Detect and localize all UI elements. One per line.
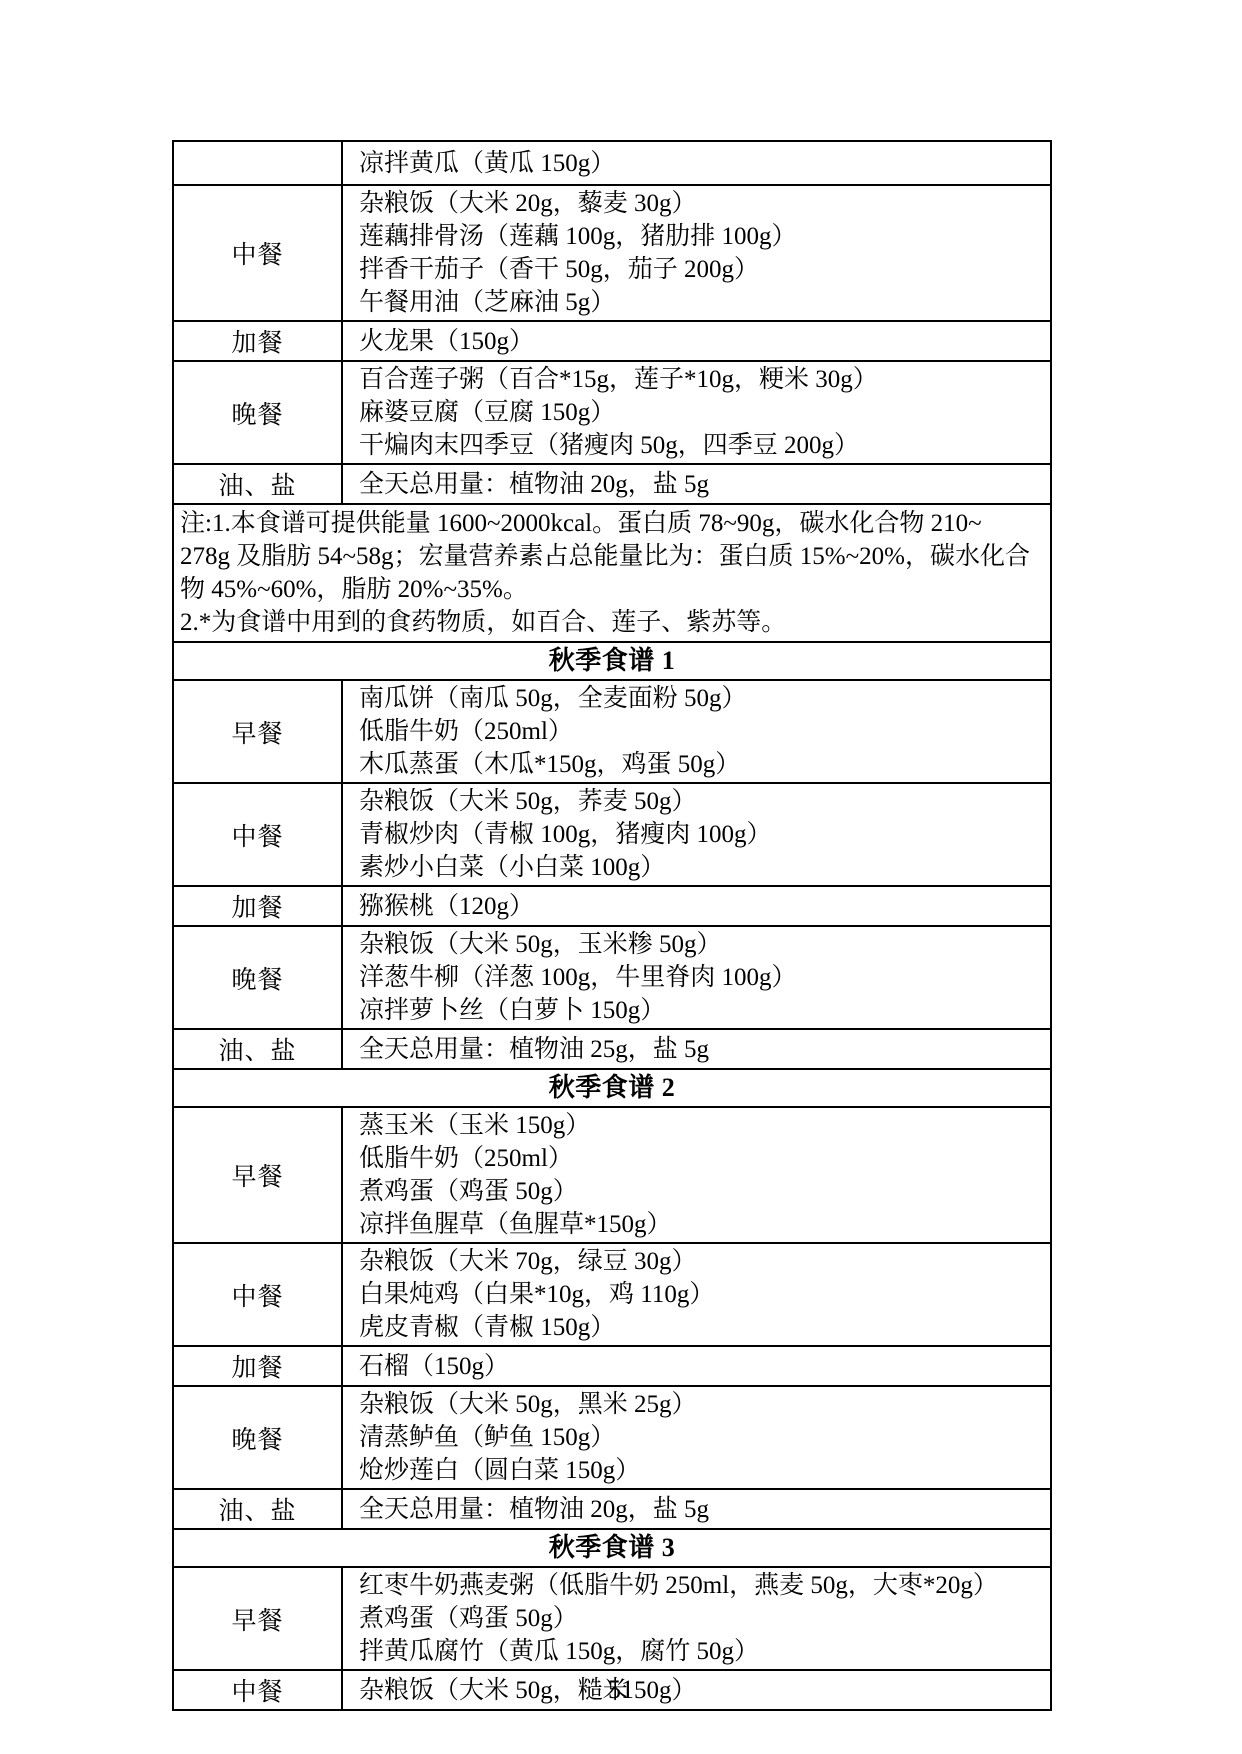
season-recipe-header: 秋季食谱 2 <box>173 1069 1051 1107</box>
dish-line: 杂粮饭（大米 70g，绿豆 30g） <box>359 1245 1046 1278</box>
meal-plan-table: 凉拌黄瓜（黄瓜 150g）中餐杂粮饭（大米 20g，藜麦 30g）莲藕排骨汤（莲… <box>172 140 1052 1711</box>
dish-line: 低脂牛奶（250ml） <box>359 715 1046 748</box>
dish-line: 木瓜蒸蛋（木瓜*150g，鸡蛋 50g） <box>359 748 1046 781</box>
dish-line: 炝炒莲白（圆白菜 150g） <box>359 1454 1046 1487</box>
meal-row: 早餐红枣牛奶燕麦粥（低脂牛奶 250ml，燕麦 50g，大枣*20g）煮鸡蛋（鸡… <box>173 1567 1051 1670</box>
meal-label-cell: 早餐 <box>173 1107 342 1243</box>
dish-line: 火龙果（150g） <box>359 325 1046 358</box>
meal-content-cell: 蒸玉米（玉米 150g）低脂牛奶（250ml）煮鸡蛋（鸡蛋 50g）凉拌鱼腥草（… <box>342 1107 1051 1243</box>
dish-line: 全天总用量：植物油 25g，盐 5g <box>359 1033 1046 1066</box>
dish-line: 白果炖鸡（白果*10g，鸡 110g） <box>359 1278 1046 1311</box>
meal-label-cell: 油、盐 <box>173 1029 342 1069</box>
dish-line: 猕猴桃（120g） <box>359 890 1046 923</box>
note-line: 物 45%~60%，脂肪 20%~35%。 <box>180 573 1046 606</box>
note-line: 278g 及脂肪 54~58g；宏量营养素占总能量比为：蛋白质 15%~20%，… <box>180 540 1046 573</box>
meal-plan-table-body: 凉拌黄瓜（黄瓜 150g）中餐杂粮饭（大米 20g，藜麦 30g）莲藕排骨汤（莲… <box>173 141 1051 1710</box>
dish-line: 青椒炒肉（青椒 100g，猪瘦肉 100g） <box>359 818 1046 851</box>
meal-row: 晚餐杂粮饭（大米 50g，玉米糁 50g）洋葱牛柳（洋葱 100g，牛里脊肉 1… <box>173 926 1051 1029</box>
meal-label-cell: 油、盐 <box>173 464 342 504</box>
dish-line: 煮鸡蛋（鸡蛋 50g） <box>359 1175 1046 1208</box>
note-row: 注:1.本食谱可提供能量 1600~2000kcal。蛋白质 78~90g，碳水… <box>173 504 1051 642</box>
section-header-row: 秋季食谱 2 <box>173 1069 1051 1107</box>
meal-row: 早餐蒸玉米（玉米 150g）低脂牛奶（250ml）煮鸡蛋（鸡蛋 50g）凉拌鱼腥… <box>173 1107 1051 1243</box>
dish-line: 百合莲子粥（百合*15g，莲子*10g，粳米 30g） <box>359 363 1046 396</box>
page-footer: 51 <box>0 1675 1242 1705</box>
dish-line: 素炒小白菜（小白菜 100g） <box>359 851 1046 884</box>
meal-row: 加餐猕猴桃（120g） <box>173 886 1051 926</box>
dish-line: 煮鸡蛋（鸡蛋 50g） <box>359 1602 1046 1635</box>
dish-line: 午餐用油（芝麻油 5g） <box>359 286 1046 319</box>
meal-content-cell: 石榴（150g） <box>342 1346 1051 1386</box>
dish-line: 麻婆豆腐（豆腐 150g） <box>359 396 1046 429</box>
meal-content-cell: 全天总用量：植物油 25g，盐 5g <box>342 1029 1051 1069</box>
meal-row: 加餐火龙果（150g） <box>173 321 1051 361</box>
meal-row: 凉拌黄瓜（黄瓜 150g） <box>173 141 1051 185</box>
note-line: 2.*为食谱中用到的食药物质，如百合、莲子、紫苏等。 <box>180 606 1046 639</box>
meal-content-cell: 杂粮饭（大米 70g，绿豆 30g）白果炖鸡（白果*10g，鸡 110g）虎皮青… <box>342 1243 1051 1346</box>
section-header-row: 秋季食谱 3 <box>173 1529 1051 1567</box>
dish-line: 全天总用量：植物油 20g，盐 5g <box>359 468 1046 501</box>
meal-label-cell: 中餐 <box>173 783 342 886</box>
meal-content-cell: 百合莲子粥（百合*15g，莲子*10g，粳米 30g）麻婆豆腐（豆腐 150g）… <box>342 361 1051 464</box>
meal-content-cell: 凉拌黄瓜（黄瓜 150g） <box>342 141 1051 185</box>
meal-content-cell: 杂粮饭（大米 50g，玉米糁 50g）洋葱牛柳（洋葱 100g，牛里脊肉 100… <box>342 926 1051 1029</box>
meal-label-cell: 加餐 <box>173 321 342 361</box>
dish-line: 杂粮饭（大米 50g，黑米 25g） <box>359 1388 1046 1421</box>
dish-line: 蒸玉米（玉米 150g） <box>359 1109 1046 1142</box>
meal-content-cell: 火龙果（150g） <box>342 321 1051 361</box>
dish-line: 凉拌黄瓜（黄瓜 150g） <box>359 147 1046 180</box>
meal-content-cell: 红枣牛奶燕麦粥（低脂牛奶 250ml，燕麦 50g，大枣*20g）煮鸡蛋（鸡蛋 … <box>342 1567 1051 1670</box>
dish-line: 拌香干茄子（香干 50g，茄子 200g） <box>359 253 1046 286</box>
meal-content-cell: 杂粮饭（大米 50g，黑米 25g）清蒸鲈鱼（鲈鱼 150g）炝炒莲白（圆白菜 … <box>342 1386 1051 1489</box>
meal-row: 油、盐全天总用量：植物油 25g，盐 5g <box>173 1029 1051 1069</box>
dish-line: 南瓜饼（南瓜 50g，全麦面粉 50g） <box>359 682 1046 715</box>
meal-label-cell: 晚餐 <box>173 926 342 1029</box>
section-header-row: 秋季食谱 1 <box>173 642 1051 680</box>
meal-label-cell: 油、盐 <box>173 1489 342 1529</box>
meal-content-cell: 猕猴桃（120g） <box>342 886 1051 926</box>
meal-row: 油、盐全天总用量：植物油 20g，盐 5g <box>173 1489 1051 1529</box>
meal-row: 晚餐杂粮饭（大米 50g，黑米 25g）清蒸鲈鱼（鲈鱼 150g）炝炒莲白（圆白… <box>173 1386 1051 1489</box>
meal-content-cell: 全天总用量：植物油 20g，盐 5g <box>342 1489 1051 1529</box>
meal-label-cell: 晚餐 <box>173 1386 342 1489</box>
meal-row: 中餐杂粮饭（大米 70g，绿豆 30g）白果炖鸡（白果*10g，鸡 110g）虎… <box>173 1243 1051 1346</box>
season-recipe-header: 秋季食谱 1 <box>173 642 1051 680</box>
dish-line: 洋葱牛柳（洋葱 100g，牛里脊肉 100g） <box>359 961 1046 994</box>
dish-line: 全天总用量：植物油 20g，盐 5g <box>359 1493 1046 1526</box>
meal-label-cell: 早餐 <box>173 1567 342 1670</box>
meal-row: 加餐石榴（150g） <box>173 1346 1051 1386</box>
meal-content-cell: 杂粮饭（大米 20g，藜麦 30g）莲藕排骨汤（莲藕 100g，猪肋排 100g… <box>342 185 1051 321</box>
meal-content-cell: 南瓜饼（南瓜 50g，全麦面粉 50g）低脂牛奶（250ml）木瓜蒸蛋（木瓜*1… <box>342 680 1051 783</box>
note-cell: 注:1.本食谱可提供能量 1600~2000kcal。蛋白质 78~90g，碳水… <box>173 504 1051 642</box>
season-recipe-header: 秋季食谱 3 <box>173 1529 1051 1567</box>
note-line: 注:1.本食谱可提供能量 1600~2000kcal。蛋白质 78~90g，碳水… <box>180 507 1046 540</box>
dish-line: 石榴（150g） <box>359 1350 1046 1383</box>
document-page: 凉拌黄瓜（黄瓜 150g）中餐杂粮饭（大米 20g，藜麦 30g）莲藕排骨汤（莲… <box>172 140 1052 1711</box>
meal-label-cell: 加餐 <box>173 1346 342 1386</box>
dish-line: 莲藕排骨汤（莲藕 100g，猪肋排 100g） <box>359 220 1046 253</box>
meal-content-cell: 杂粮饭（大米 50g，荞麦 50g）青椒炒肉（青椒 100g，猪瘦肉 100g）… <box>342 783 1051 886</box>
dish-line: 杂粮饭（大米 50g，荞麦 50g） <box>359 785 1046 818</box>
meal-label-cell: 早餐 <box>173 680 342 783</box>
meal-row: 中餐杂粮饭（大米 50g，荞麦 50g）青椒炒肉（青椒 100g，猪瘦肉 100… <box>173 783 1051 886</box>
dish-line: 杂粮饭（大米 20g，藜麦 30g） <box>359 187 1046 220</box>
dish-line: 虎皮青椒（青椒 150g） <box>359 1311 1046 1344</box>
dish-line: 干煸肉末四季豆（猪瘦肉 50g，四季豆 200g） <box>359 429 1046 462</box>
dish-line: 红枣牛奶燕麦粥（低脂牛奶 250ml，燕麦 50g，大枣*20g） <box>359 1569 1046 1602</box>
meal-label-cell: 中餐 <box>173 1243 342 1346</box>
dish-line: 拌黄瓜腐竹（黄瓜 150g，腐竹 50g） <box>359 1635 1046 1668</box>
dish-line: 低脂牛奶（250ml） <box>359 1142 1046 1175</box>
dish-line: 清蒸鲈鱼（鲈鱼 150g） <box>359 1421 1046 1454</box>
meal-row: 中餐杂粮饭（大米 20g，藜麦 30g）莲藕排骨汤（莲藕 100g，猪肋排 10… <box>173 185 1051 321</box>
meal-row: 早餐南瓜饼（南瓜 50g，全麦面粉 50g）低脂牛奶（250ml）木瓜蒸蛋（木瓜… <box>173 680 1051 783</box>
meal-label-cell: 晚餐 <box>173 361 342 464</box>
meal-label-cell: 加餐 <box>173 886 342 926</box>
dish-line: 杂粮饭（大米 50g，玉米糁 50g） <box>359 928 1046 961</box>
dish-line: 凉拌鱼腥草（鱼腥草*150g） <box>359 1208 1046 1241</box>
dish-line: 凉拌萝卜丝（白萝卜 150g） <box>359 994 1046 1027</box>
meal-label-cell: 中餐 <box>173 185 342 321</box>
meal-content-cell: 全天总用量：植物油 20g，盐 5g <box>342 464 1051 504</box>
meal-row: 晚餐百合莲子粥（百合*15g，莲子*10g，粳米 30g）麻婆豆腐（豆腐 150… <box>173 361 1051 464</box>
page-number: 51 <box>608 1675 634 1704</box>
meal-label-cell <box>173 141 342 185</box>
meal-row: 油、盐全天总用量：植物油 20g，盐 5g <box>173 464 1051 504</box>
